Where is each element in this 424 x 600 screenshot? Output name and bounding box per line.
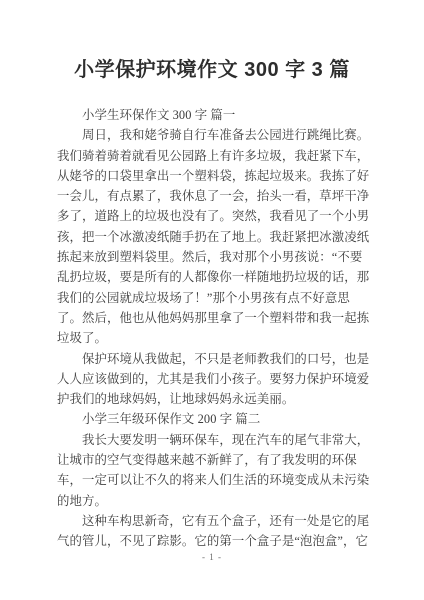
text-line: 了。然后，他也从他妈妈那里拿了一个塑料带和我一起拣 [57, 308, 372, 328]
text-line: 小学三年级环保作文 200 字 篇二 [57, 409, 372, 429]
text-line: 我们的公园就成垃圾场了！”那个小男孩有点不好意思 [57, 288, 372, 308]
text-line: 让城市的空气变得越来越不新鲜了，有了我发明的环保 [57, 450, 372, 470]
text-line: 小学生环保作文 300 字 篇一 [57, 105, 372, 125]
text-line: 孩，把一个冰激凌纸随手扔在了地上。我赶紧把冰激凌纸 [57, 227, 372, 247]
document-title: 小学保护环境作文 300 字 3 篇 [0, 53, 424, 82]
text-line: 从姥爷的口袋里拿出一个塑料袋，拣起垃圾来。我拣了好 [57, 166, 372, 186]
text-line: 车，一定可以让不久的将来人们生活的环境变成从未污染 [57, 470, 372, 490]
text-line: 垃圾了。 [57, 328, 372, 348]
text-line: 拣起来放到塑料袋里。然后，我对那个小男孩说：“不要 [57, 247, 372, 267]
page-number: - 1 - [0, 552, 424, 562]
text-line: 的地方。 [57, 491, 372, 511]
text-line: 乱扔垃圾，要是所有的人都像你一样随地扔垃圾的话，那 [57, 267, 372, 287]
text-line: 这种车构思新奇，它有五个盒子，还有一处是它的尾 [57, 511, 372, 531]
text-line: 护我们的地球妈妈，让地球妈妈永远美丽。 [57, 389, 372, 409]
text-line: 人人应该做到的，尤其是我们小孩子。要努力保护环境爱 [57, 369, 372, 389]
text-line: 我长大要发明一辆环保车，现在汽车的尾气非常大， [57, 430, 372, 450]
text-line: 我们骑着骑着就看见公园路上有许多垃圾，我赶紧下车， [57, 146, 372, 166]
text-line: 一会儿，有点累了，我休息了一会，抬头一看，草坪干净 [57, 186, 372, 206]
text-line: 多了，道路上的垃圾也没有了。突然，我看见了一个小男 [57, 206, 372, 226]
text-line: 周日，我和姥爷骑自行车准备去公园进行跳绳比赛。 [57, 125, 372, 145]
document-body: 小学生环保作文 300 字 篇一周日，我和姥爷骑自行车准备去公园进行跳绳比赛。我… [57, 105, 372, 552]
text-line: 气的管儿，不见了踪影。它的第一个盒子是“泡泡盒”，它 [57, 531, 372, 551]
text-line: 保护环境从我做起，不只是老师教我们的口号，也是 [57, 349, 372, 369]
document-page: 小学保护环境作文 300 字 3 篇 小学生环保作文 300 字 篇一周日，我和… [0, 0, 424, 600]
